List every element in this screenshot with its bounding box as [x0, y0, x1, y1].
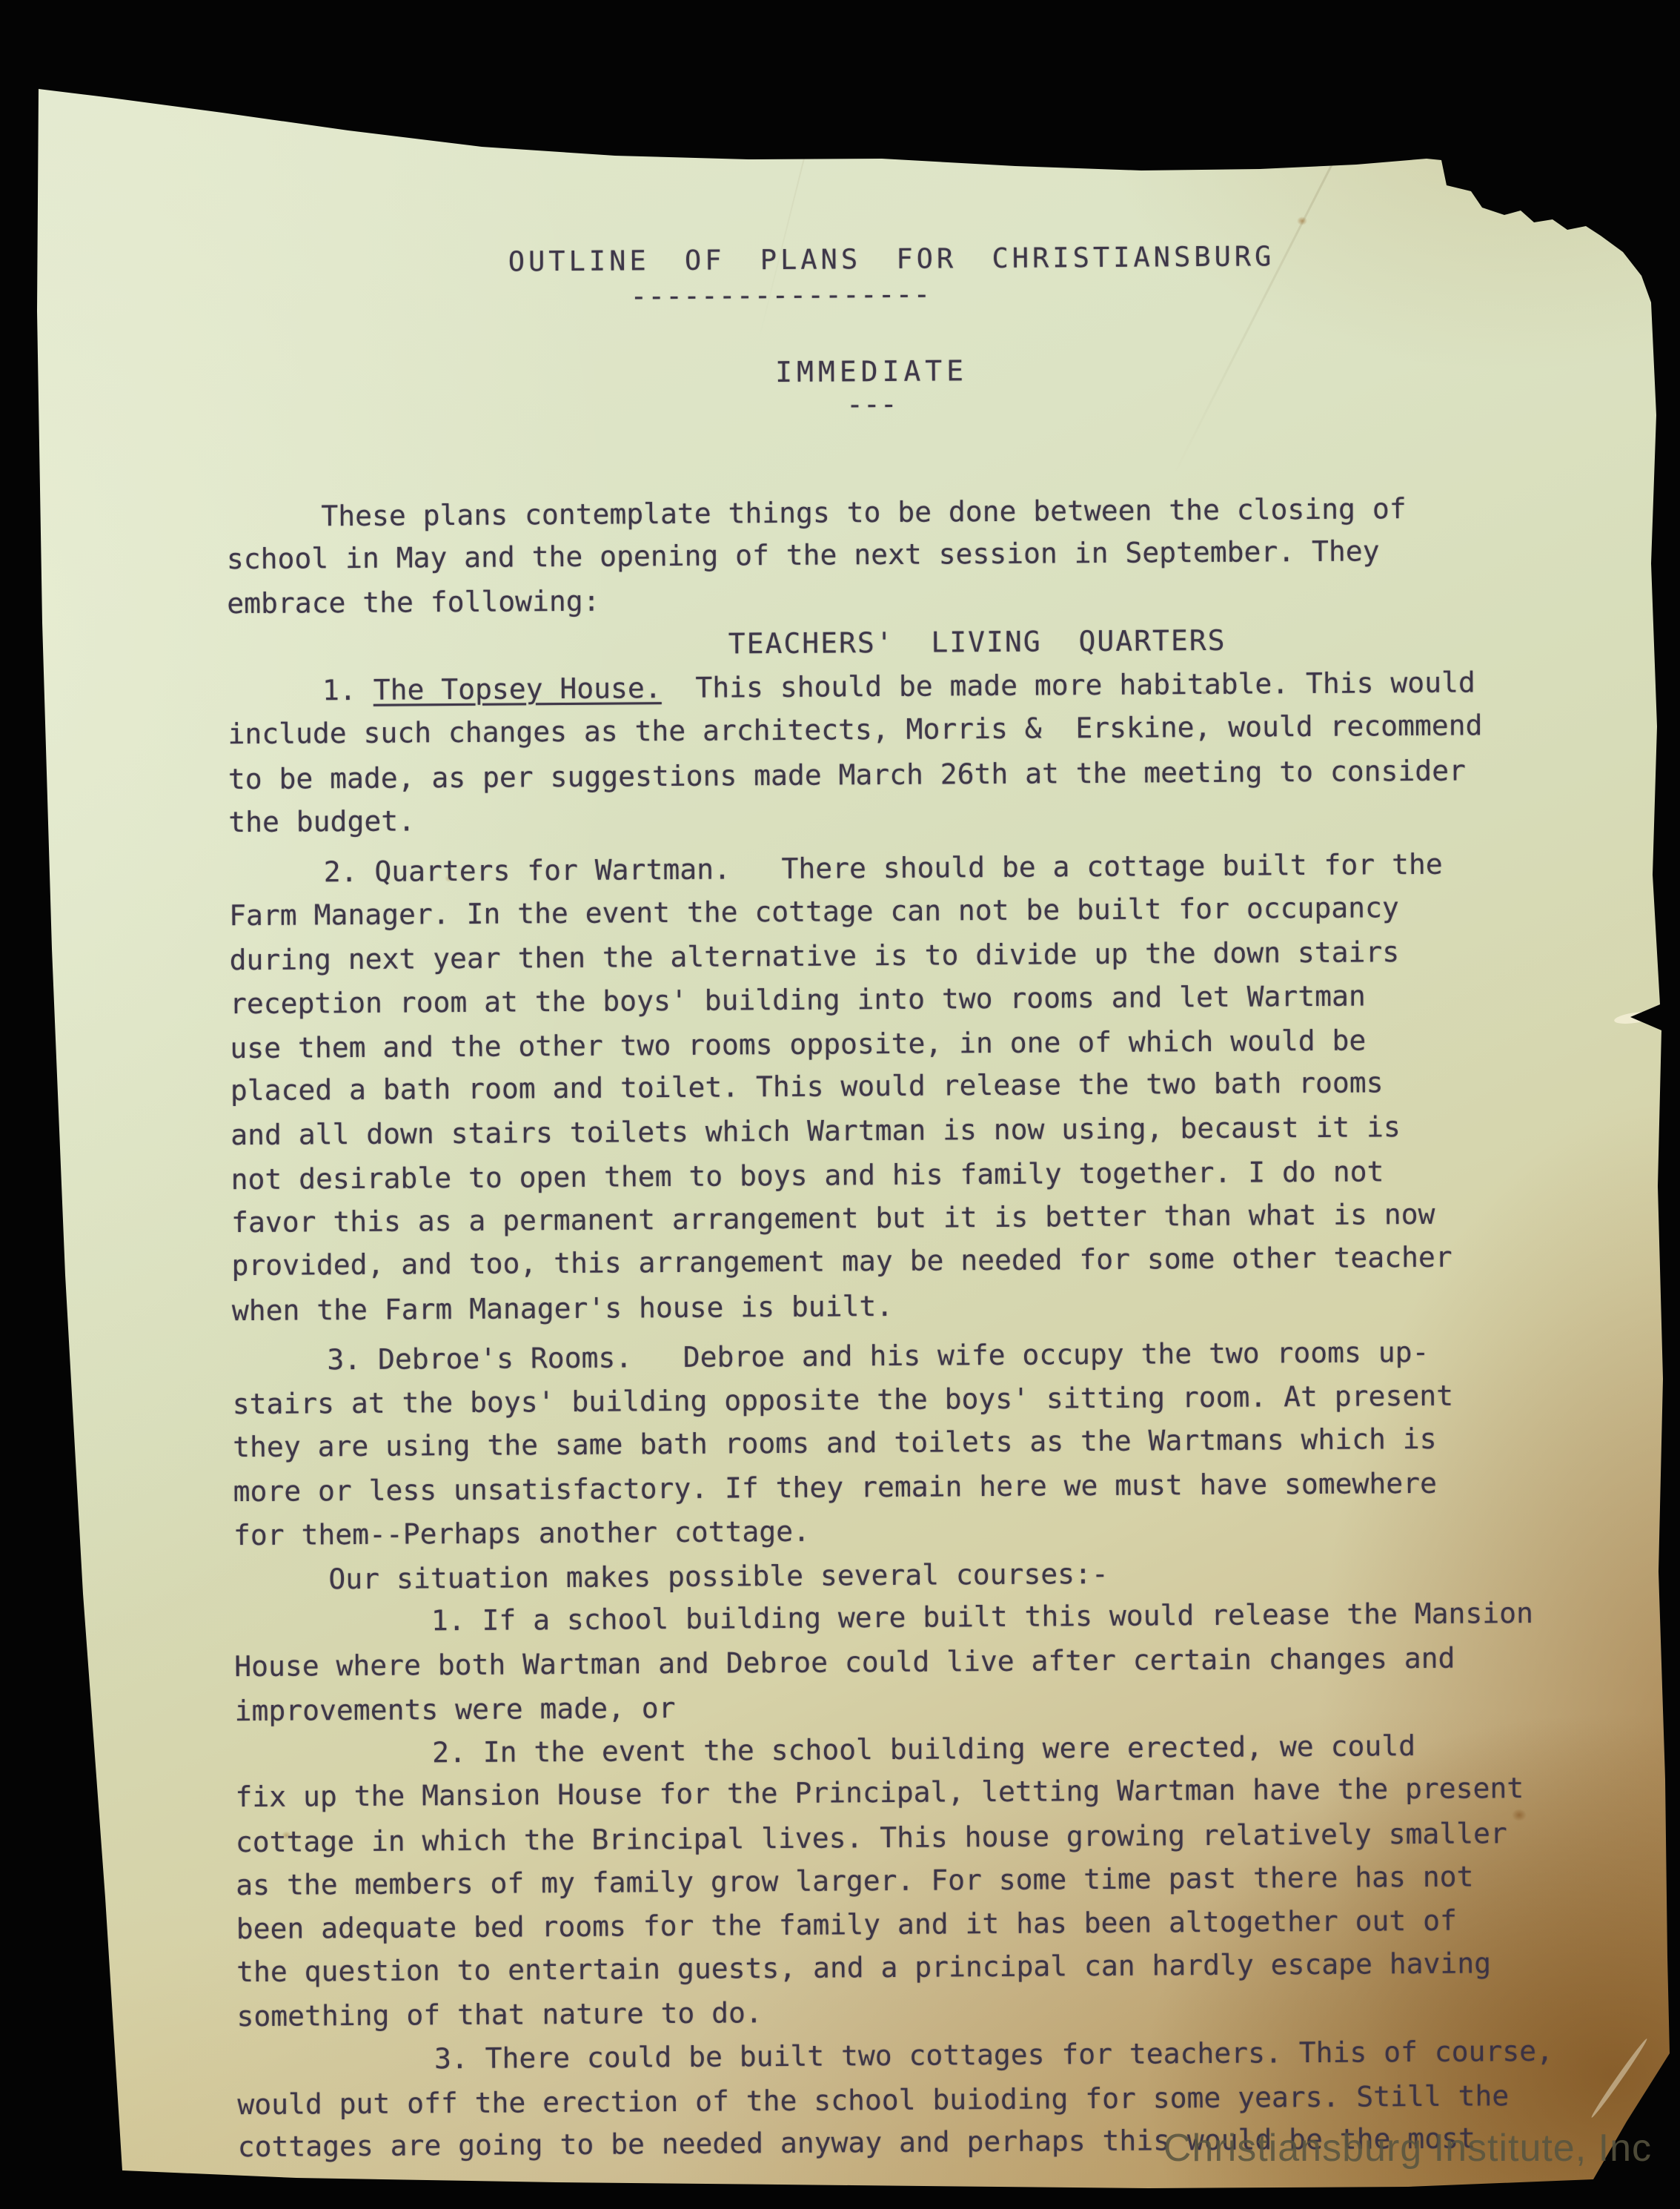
- text-segment: fix up the Mansion House for the Princip…: [235, 1772, 1524, 1813]
- text-segment: Our situation makes possible several cou…: [328, 1557, 1109, 1595]
- text-line: improvements were made, or: [234, 1680, 1568, 1734]
- text-segment: for them--Perhaps another cottage.: [233, 1515, 810, 1551]
- text-line: more or less unsatisfactory. If they rem…: [233, 1461, 1567, 1514]
- torn-edge-highlight: [1596, 222, 1643, 255]
- text-line: the question to entertain guests, and a …: [236, 1941, 1570, 1995]
- stain-spot: [1297, 216, 1307, 225]
- text-segment: been adequate bed rooms for the family a…: [236, 1904, 1457, 1945]
- scan-background: OUTLINE OF PLANS FOR CHRISTIANSBURG ----…: [0, 0, 1680, 2209]
- text-segment: 1. If a school building were built this …: [431, 1597, 1533, 1637]
- text-line: school in May and the opening of the nex…: [227, 529, 1561, 582]
- text-segment: school in May and the opening of the nex…: [227, 534, 1380, 575]
- text-line: cottage in which the Brincipal lives. Th…: [236, 1812, 1570, 1865]
- text-segment: 2. Quarters for Wartman. There should be…: [324, 848, 1443, 889]
- text-segment: 1.: [322, 674, 373, 706]
- title-underline: -----------------: [113, 274, 1447, 317]
- text-segment: as the members of my family grow larger.…: [236, 1860, 1473, 1901]
- text-line: House where both Wartman and Debroe coul…: [234, 1636, 1568, 1689]
- text-segment: 3. There could be built two cottages for…: [434, 2035, 1553, 2076]
- text-segment: during next year then the alternative is…: [229, 935, 1399, 976]
- text-line: 3. There could be built two cottages for…: [434, 2030, 1571, 2082]
- text-segment: 3. Debroe's Rooms. Debroe and his wife o…: [327, 1336, 1429, 1376]
- text-line: not desirable to open them to boys and h…: [230, 1149, 1564, 1202]
- torn-edge-highlight: [1444, 144, 1599, 176]
- text-line: fix up the Mansion House for the Princip…: [235, 1766, 1569, 1820]
- text-segment: placed a bath room and toilet. This woul…: [230, 1066, 1384, 1107]
- text-segment: include such changes as the architects, …: [228, 709, 1482, 750]
- text-segment: favor this as a permanent arrangement bu…: [231, 1198, 1435, 1239]
- text-segment: 2. In the event the school building were…: [432, 1729, 1415, 1769]
- text-line: placed a bath room and toilet. This woul…: [230, 1060, 1564, 1113]
- text-segment: the question to entertain guests, and a …: [236, 1947, 1491, 1988]
- underlined-text: The Topsey House.: [373, 672, 662, 706]
- text-segment: when the Farm Manager's house is built.: [232, 1290, 894, 1327]
- watermark: Christiansburg Institute, Inc: [1163, 2126, 1652, 2170]
- text-segment: stairs at the boys' building opposite th…: [233, 1380, 1453, 1420]
- text-line: when the Farm Manager's house is built.: [232, 1280, 1566, 1334]
- text-line: to be made, as per suggestions made Marc…: [228, 749, 1562, 802]
- document-title: OUTLINE OF PLANS FOR CHRISTIANSBURG: [225, 239, 1558, 280]
- text-segment: they are using the same bath rooms and t…: [233, 1423, 1437, 1463]
- text-segment: Farm Manager. In the event the cottage c…: [229, 891, 1399, 932]
- text-segment: the budget.: [228, 804, 415, 838]
- text-line: and all down stairs toilets which Wartma…: [230, 1104, 1564, 1158]
- text-line: for them--Perhaps another cottage.: [233, 1505, 1567, 1558]
- torn-edge-highlight: [1590, 2037, 1649, 2119]
- document-content: OUTLINE OF PLANS FOR CHRISTIANSBURG ----…: [225, 239, 1572, 2170]
- text-segment: This should be made more habitable. This…: [662, 666, 1475, 704]
- text-segment: provided, and too, this arrangement may …: [231, 1241, 1452, 1282]
- text-segment: would put off the erection of the school…: [237, 2079, 1509, 2121]
- text-segment: reception room at the boys' building int…: [230, 979, 1366, 1020]
- section-heading: TEACHERS' LIVING QUARTERS: [310, 616, 1644, 669]
- text-line: they are using the same bath rooms and t…: [233, 1417, 1567, 1470]
- text-segment: improvements were made, or: [235, 1692, 676, 1727]
- text-segment: and all down stairs toilets which Wartma…: [230, 1110, 1401, 1151]
- text-line: 1. If a school building were built this …: [431, 1592, 1568, 1643]
- torn-edge-highlight: [1613, 1010, 1656, 1026]
- text-line: provided, and too, this arrangement may …: [231, 1235, 1565, 1288]
- text-segment: These plans contemplate things to be don…: [321, 492, 1406, 532]
- paper-sheet: OUTLINE OF PLANS FOR CHRISTIANSBURG ----…: [0, 0, 1680, 2209]
- text-segment: to be made, as per suggestions made Marc…: [228, 755, 1466, 796]
- text-segment: use them and the other two rooms opposit…: [230, 1024, 1366, 1064]
- text-segment: cottage in which the Brincipal lives. Th…: [236, 1817, 1507, 1858]
- text-segment: TEACHERS' LIVING QUARTERS: [728, 624, 1226, 660]
- text-line: include such changes as the architects, …: [228, 703, 1561, 757]
- text-segment: House where both Wartman and Debroe coul…: [234, 1642, 1455, 1683]
- text-segment: more or less unsatisfactory. If they rem…: [233, 1467, 1437, 1508]
- text-segment: embrace the following:: [227, 585, 600, 620]
- text-line: Farm Manager. In the event the cottage c…: [229, 885, 1563, 938]
- text-segment: something of that nature to do.: [236, 1996, 763, 2033]
- text-line: reception room at the boys' building int…: [230, 973, 1564, 1027]
- text-segment: not desirable to open them to boys and h…: [231, 1155, 1384, 1196]
- body-lines: These plans contemplate things to be don…: [226, 486, 1572, 2170]
